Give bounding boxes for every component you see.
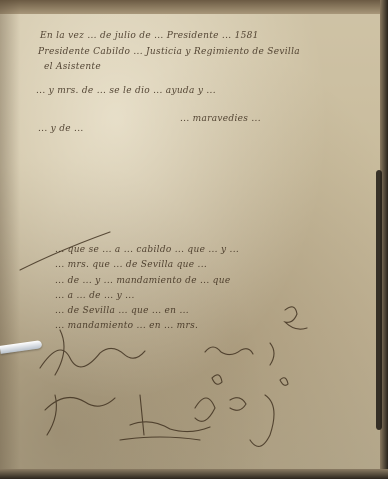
header-note-1: En la vez ... de julio de ... Presidente… [40,31,259,41]
body-line-6: ... mandamiento ... en ... mrs. [55,321,198,331]
page-top-edge [0,0,388,14]
body-line-5: ... de Sevilla ... que ... en ... [55,306,189,316]
header-note-2: Presidente Cabildo ... Justicia y Regimi… [38,47,300,57]
amount-note: ... maravedies ... [180,114,261,124]
signature-1 [40,330,145,375]
binding-shadow [376,170,382,430]
signature-5 [195,395,274,446]
header-note-3: el Asistente [44,62,101,72]
signature-3 [45,395,115,435]
body-line-3: ... de ... y ... mandamiento de ... que [55,276,230,286]
flourish-right [285,307,307,329]
small-mark-2 [280,378,288,386]
page-bottom-edge [0,469,388,479]
small-mark-1 [212,375,222,384]
signature-4 [120,395,210,440]
manuscript-page: En la vez ... de julio de ... Presidente… [0,0,388,479]
margin-note: ... y de ... [38,124,84,134]
page-left-fold [0,0,20,479]
body-line-1: ... que se ... a ... cabildo ... que ...… [55,245,239,255]
signature-2 [205,343,274,365]
header-note-4: ... y mrs. de ... se le dio ... ayuda y … [36,86,216,96]
body-line-4: ... a ... de ... y ... [55,291,135,301]
body-line-2: ... mrs. que ... de Sevilla que ... [55,260,207,270]
